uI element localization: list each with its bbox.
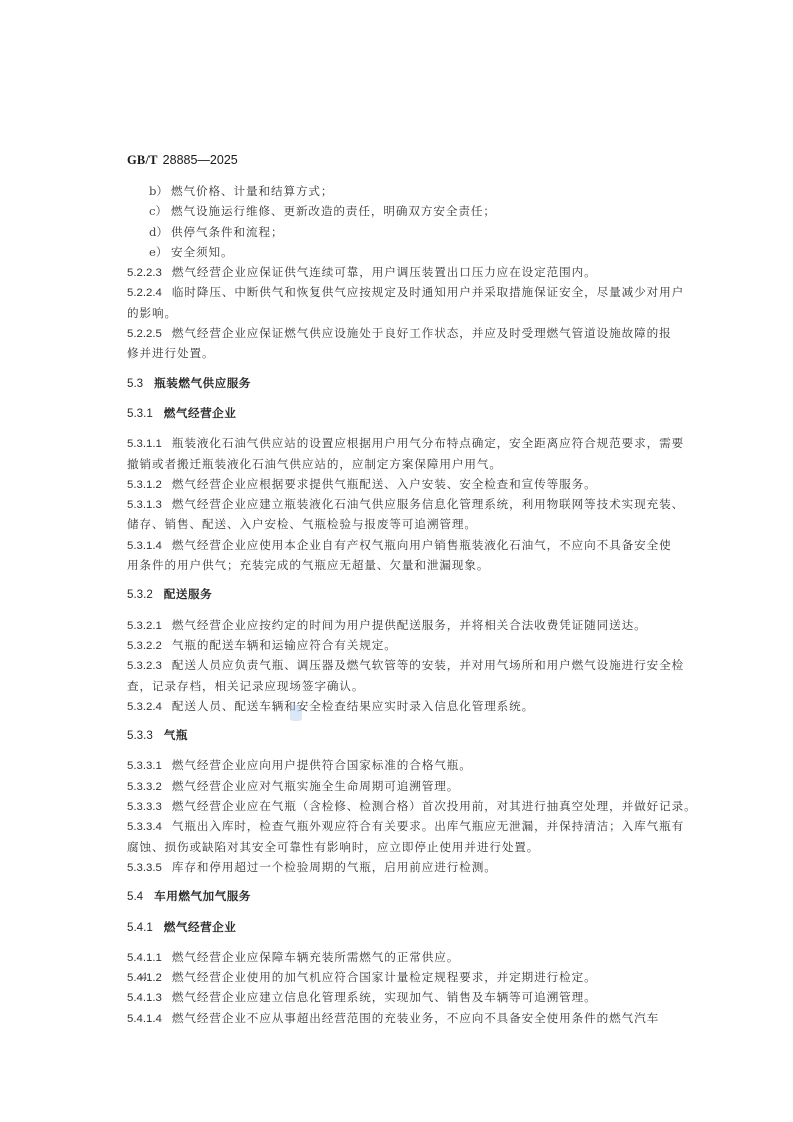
clause-text: 燃气经营企业应使用本企业自有产权气瓶向用户销售瓶装液化石油气，不应向不具备安全使 xyxy=(172,538,672,552)
clause-number: 5.3.3.3 xyxy=(127,797,162,817)
clause-text: 临时降压、中断供气和恢复供气应按规定及时通知用户并采取措施保证安全，尽量减少对用… xyxy=(172,285,684,299)
clause-5-3-2-1: 5.3.2.1燃气经营企业应按约定的时间为用户提供配送服务，并将相关合法收费凭证… xyxy=(127,615,657,635)
list-item: d）供停气条件和流程； xyxy=(127,222,657,242)
clause-5-3-1-3: 5.3.1.3燃气经营企业应建立瓶装液化石油气供应服务信息化管理系统，利用物联网… xyxy=(127,494,657,514)
clause-number: 5.3.1.3 xyxy=(127,495,162,515)
standard-number: 28885—2025 xyxy=(163,153,238,167)
section-number: 5.3.1 xyxy=(127,407,153,420)
clause-continuation: 用条件的用户供气；充装完成的气瓶应无超量、欠量和泄漏现象。 xyxy=(127,555,657,575)
section-number: 5.4.1 xyxy=(127,921,153,934)
clause-5-3-3-1: 5.3.3.1燃气经营企业应向用户提供符合国家标准的合格气瓶。 xyxy=(127,755,657,775)
list-item-text: 燃气价格、计量和结算方式； xyxy=(171,184,333,198)
list-item-text: 安全须知。 xyxy=(171,245,233,259)
running-header: GB/T28885—2025 xyxy=(127,152,238,168)
list-item-text: 供停气条件和流程； xyxy=(171,225,283,239)
section-heading-5-3-1: 5.3.1燃气经营企业 xyxy=(127,403,657,423)
clause-number: 5.3.3.4 xyxy=(127,817,162,837)
section-title: 配送服务 xyxy=(164,587,212,601)
clause-text: 燃气经营企业应对气瓶实施全生命周期可追溯管理。 xyxy=(172,779,459,793)
clause-text: 瓶装液化石油气供应站的设置应根据用户用气分布特点确定，安全距离应符合规范要求，需… xyxy=(172,436,684,450)
clause-text: 燃气经营企业应建立信息化管理系统，实现加气、销售及车辆等可追溯管理。 xyxy=(172,990,597,1004)
clause-5-3-3-3: 5.3.3.3燃气经营企业应在气瓶（含检修、检测合格）首次投用前，对其进行抽真空… xyxy=(127,796,657,816)
clause-number: 5.3.2.1 xyxy=(127,616,162,636)
scan-smudge xyxy=(290,705,302,721)
clause-number: 5.4.1.1 xyxy=(127,948,162,968)
clause-5-3-2-4: 5.3.2.4配送人员、配送车辆和安全检查结果应实时录入信息化管理系统。 xyxy=(127,696,657,716)
clause-text: 气瓶的配送车辆和运输应符合有关规定。 xyxy=(172,638,397,652)
section-heading-5-4-1: 5.4.1燃气经营企业 xyxy=(127,917,657,937)
section-title: 燃气经营企业 xyxy=(164,920,237,934)
document-page: GB/T28885—2025 b）燃气价格、计量和结算方式； c）燃气设施运行维… xyxy=(0,0,793,1122)
section-title: 车用燃气加气服务 xyxy=(154,889,251,903)
clause-5-4-1-1: 5.4.1.1燃气经营企业应保障车辆充装所需燃气的正常供应。 xyxy=(127,947,657,967)
document-body: b）燃气价格、计量和结算方式； c）燃气设施运行维修、更新改造的责任，明确双方安… xyxy=(127,181,657,1028)
clause-continuation: 腐蚀、损伤或缺陷对其安全可靠性有影响时，应立即停止使用并进行处置。 xyxy=(127,837,657,857)
clause-number: 5.3.2.2 xyxy=(127,636,162,656)
section-number: 5.3 xyxy=(127,377,143,390)
section-title: 燃气经营企业 xyxy=(164,406,237,420)
clause-text: 燃气经营企业不应从事超出经营范围的充装业务，不应向不具备安全使用条件的燃气汽车 xyxy=(172,1011,659,1025)
clause-number: 5.3.1.4 xyxy=(127,536,162,556)
section-heading-5-3-3: 5.3.3气瓶 xyxy=(127,725,657,745)
clause-5-3-3-5: 5.3.3.5库存和停用超过一个检验周期的气瓶，启用前应进行检测。 xyxy=(127,857,657,877)
clause-number: 5.3.2.3 xyxy=(127,656,162,676)
clause-text: 燃气经营企业应保障车辆充装所需燃气的正常供应。 xyxy=(172,950,459,964)
section-number: 5.3.2 xyxy=(127,588,153,601)
clause-number: 5.3.3.1 xyxy=(127,756,162,776)
clause-5-4-1-4: 5.4.1.4燃气经营企业不应从事超出经营范围的充装业务，不应向不具备安全使用条… xyxy=(127,1008,657,1028)
clause-5-3-1-4: 5.3.1.4燃气经营企业应使用本企业自有产权气瓶向用户销售瓶装液化石油气，不应… xyxy=(127,535,657,555)
section-title: 气瓶 xyxy=(164,728,188,742)
clause-5-3-2-3: 5.3.2.3配送人员应负责气瓶、调压器及燃气软管等的安装，并对用气场所和用户燃… xyxy=(127,655,657,675)
clause-number: 5.4.1.3 xyxy=(127,988,162,1008)
clause-number: 5.2.2.5 xyxy=(127,324,162,344)
clause-number: 5.3.1.2 xyxy=(127,475,162,495)
clause-5-3-3-4: 5.3.3.4气瓶出入库时，检查气瓶外观应符合有关要求。出库气瓶应无泄漏，并保持… xyxy=(127,816,657,836)
clause-5-3-2-2: 5.3.2.2气瓶的配送车辆和运输应符合有关规定。 xyxy=(127,635,657,655)
clause-text: 燃气经营企业使用的加气机应符合国家计量检定规程要求，并定期进行检定。 xyxy=(172,970,597,984)
clause-text: 配送人员应负责气瓶、调压器及燃气软管等的安装，并对用气场所和用户燃气设施进行安全… xyxy=(172,658,684,672)
clause-text: 燃气经营企业应建立瓶装液化石油气供应服务信息化管理系统，利用物联网等技术实现充装… xyxy=(172,497,684,511)
section-number: 5.3.3 xyxy=(127,729,153,742)
list-item-text: 燃气设施运行维修、更新改造的责任，明确双方安全责任； xyxy=(171,204,496,218)
clause-continuation: 的影响。 xyxy=(127,303,657,323)
clause-text: 库存和停用超过一个检验周期的气瓶，启用前应进行检测。 xyxy=(172,860,497,874)
standard-code: GB/T xyxy=(127,153,158,167)
clause-text: 燃气经营企业应根据要求提供气瓶配送、入户安装、安全检查和宣传等服务。 xyxy=(172,477,597,491)
list-item: b）燃气价格、计量和结算方式； xyxy=(127,181,657,201)
clause-text: 燃气经营企业应向用户提供符合国家标准的合格气瓶。 xyxy=(172,758,472,772)
list-item: c）燃气设施运行维修、更新改造的责任，明确双方安全责任； xyxy=(127,201,657,221)
list-item: e）安全须知。 xyxy=(127,242,657,262)
section-heading-5-3: 5.3瓶装燃气供应服务 xyxy=(127,373,657,393)
clause-number: 5.2.2.3 xyxy=(127,263,162,283)
section-number: 5.4 xyxy=(127,890,143,903)
clause-5-3-1-1: 5.3.1.1瓶装液化石油气供应站的设置应根据用户用气分布特点确定，安全距离应符… xyxy=(127,433,657,453)
clause-text: 燃气经营企业应按约定的时间为用户提供配送服务，并将相关合法收费凭证随同送达。 xyxy=(172,618,647,632)
list-marker: b） xyxy=(149,181,171,201)
clause-5-3-1-2: 5.3.1.2燃气经营企业应根据要求提供气瓶配送、入户安装、安全检查和宣传等服务… xyxy=(127,474,657,494)
section-heading-5-3-2: 5.3.2配送服务 xyxy=(127,584,657,604)
clause-number: 5.3.3.5 xyxy=(127,858,162,878)
clause-text: 气瓶出入库时，检查气瓶外观应符合有关要求。出库气瓶应无泄漏，并保持清洁；入库气瓶… xyxy=(172,819,684,833)
clause-number: 5.2.2.4 xyxy=(127,283,162,303)
clause-continuation: 储存、销售、配送、入户安检、气瓶检验与报废等可追溯管理。 xyxy=(127,514,657,534)
clause-text: 燃气经营企业应保证供气连续可靠，用户调压装置出口压力应在设定范围内。 xyxy=(172,265,597,279)
clause-continuation: 修并进行处置。 xyxy=(127,343,657,363)
clause-5-4-1-3: 5.4.1.3燃气经营企业应建立信息化管理系统，实现加气、销售及车辆等可追溯管理… xyxy=(127,987,657,1007)
clause-number: 5.3.2.4 xyxy=(127,697,162,717)
clause-5-4-1-2: 5.4.1.2燃气经营企业使用的加气机应符合国家计量检定规程要求，并定期进行检定… xyxy=(127,967,657,987)
clause-continuation: 撤销或者搬迁瓶装液化石油气供应站的，应制定方案保障用户用气。 xyxy=(127,454,657,474)
clause-number: 5.3.3.2 xyxy=(127,777,162,797)
clause-5-2-2-3: 5.2.2.3燃气经营企业应保证供气连续可靠，用户调压装置出口压力应在设定范围内… xyxy=(127,262,657,282)
section-title: 瓶装燃气供应服务 xyxy=(154,376,251,390)
clause-text: 燃气经营企业应在气瓶（含检修、检测合格）首次投用前，对其进行抽真空处理，并做好记… xyxy=(172,799,697,813)
page-number: 4 xyxy=(141,969,147,984)
list-marker: d） xyxy=(149,222,171,242)
clause-continuation: 查，记录存档，相关记录应现场签字确认。 xyxy=(127,676,657,696)
clause-number: 5.4.1.4 xyxy=(127,1009,162,1029)
list-marker: e） xyxy=(149,242,171,262)
clause-5-2-2-5: 5.2.2.5燃气经营企业应保证燃气供应设施处于良好工作状态，并应及时受理燃气管… xyxy=(127,323,657,343)
clause-number: 5.3.1.1 xyxy=(127,434,162,454)
clause-text: 配送人员、配送车辆和安全检查结果应实时录入信息化管理系统。 xyxy=(172,699,534,713)
section-heading-5-4: 5.4车用燃气加气服务 xyxy=(127,886,657,906)
list-marker: c） xyxy=(149,201,171,221)
clause-5-3-3-2: 5.3.3.2燃气经营企业应对气瓶实施全生命周期可追溯管理。 xyxy=(127,776,657,796)
clause-5-2-2-4: 5.2.2.4临时降压、中断供气和恢复供气应按规定及时通知用户并采取措施保证安全… xyxy=(127,282,657,302)
clause-text: 燃气经营企业应保证燃气供应设施处于良好工作状态，并应及时受理燃气管道设施故障的报 xyxy=(172,326,672,340)
